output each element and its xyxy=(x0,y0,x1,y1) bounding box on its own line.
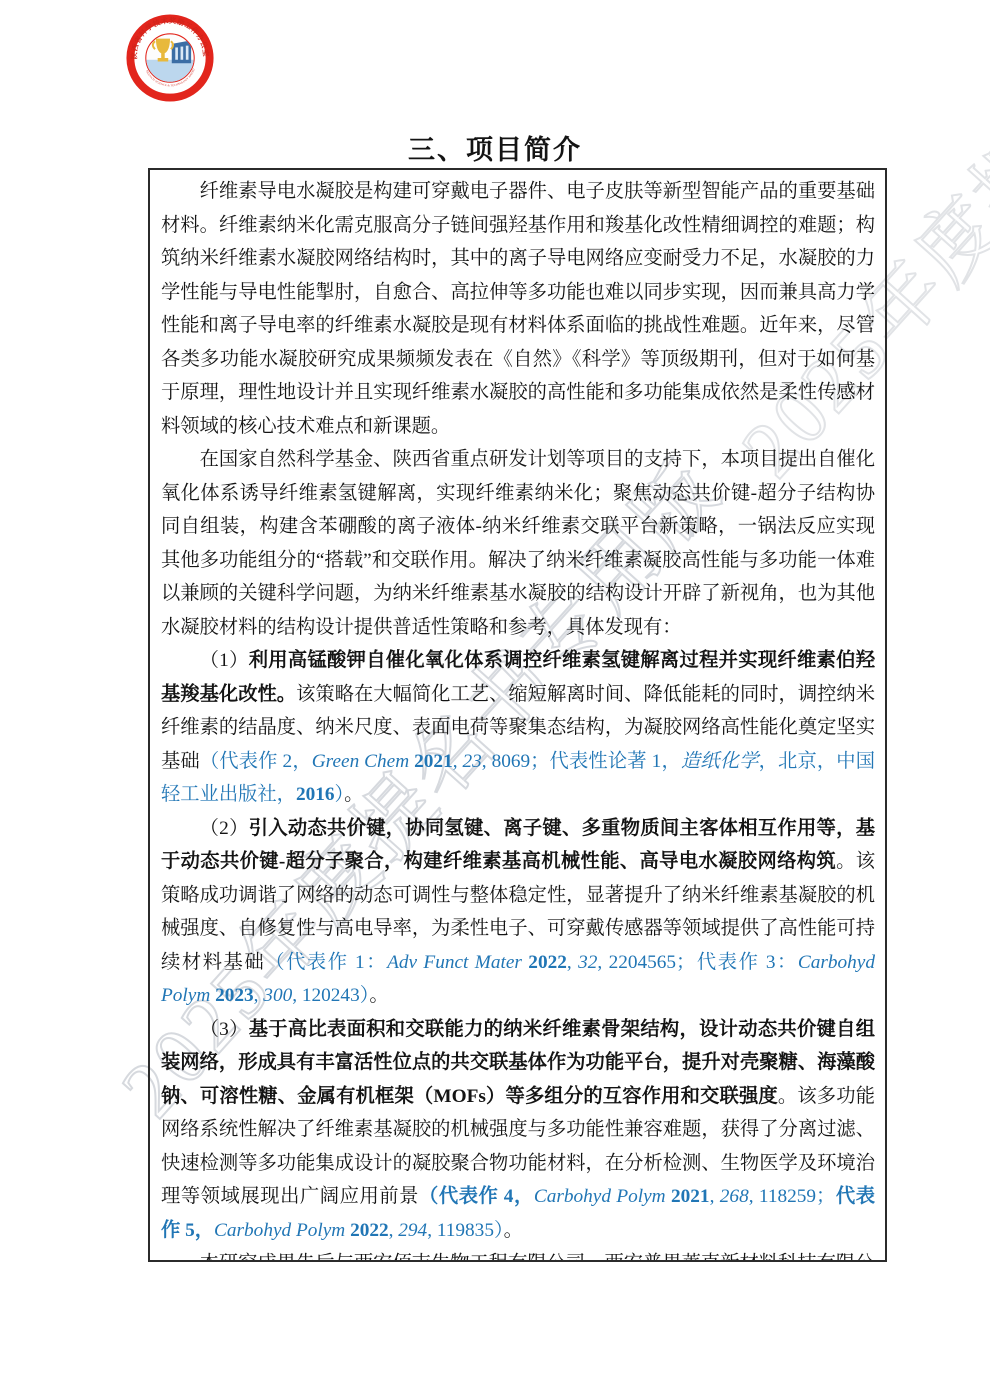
text-run: Adv Funct Mater xyxy=(387,952,522,973)
paragraph: 纤维素导电水凝胶是构建可穿戴电子器件、电子皮肤等新型智能产品的重要基础材料。纤维… xyxy=(161,175,875,443)
paragraph: （3）基于高比表面积和交联能力的纳米纤维素骨架结构，设计动态共价键自组装网络，形… xyxy=(161,1013,875,1248)
text-run: 造纸化学 xyxy=(681,751,759,772)
paragraph: （2）引入动态共价键，协同氢键、离子键、多重物质间主客体相互作用等，基于动态共价… xyxy=(161,812,875,1013)
project-intro-body: 纤维素导电水凝胶是构建可穿戴电子器件、电子皮肤等新型智能产品的重要基础材料。纤维… xyxy=(148,168,887,1262)
text-run: （代表作 4， xyxy=(419,1186,534,1207)
text-run: 300 xyxy=(263,985,292,1006)
award-office-seal: 陕西省科学技术奖励工作办公室 SHAANXI SCIENCE & TECHNOL… xyxy=(126,14,214,102)
text-run: ） xyxy=(494,1220,504,1241)
text-run: 。 xyxy=(344,784,363,805)
paragraph: （1）利用高锰酸钾自催化氧化体系调控纤维素氢键解离过程并实现纤维素伯羟基羧基化改… xyxy=(161,644,875,812)
text-run: 。 xyxy=(504,1220,523,1241)
text-run: 在国家自然科学基金、陕西省重点研发计划等项目的支持下，本项目提出自催化氧化体系诱… xyxy=(161,449,875,638)
text-run: （1） xyxy=(200,650,249,671)
document-page: 2025年度提名书专用版 2025年度提名书专用版 陕西省科学技术奖励工作办公室… xyxy=(0,0,990,1399)
text-run: , xyxy=(567,952,578,973)
text-run: 引入动态共价键，协同氢键、离子键、多重物质间主客体相互作用等，基于动态共价键-超… xyxy=(161,818,875,873)
text-run: , xyxy=(710,1186,720,1207)
text-run: Carbohyd Polym xyxy=(534,1186,666,1207)
paragraph: 在国家自然科学基金、陕西省重点研发计划等项目的支持下，本项目提出自催化氧化体系诱… xyxy=(161,443,875,644)
paragraph: 本研究成果先后与西安佰吉生物工程有限公司、西安普思莱克新材料科技有限公 xyxy=(161,1247,875,1262)
text-run: 268 xyxy=(720,1186,749,1207)
text-run: , 118259； xyxy=(749,1186,836,1207)
text-run: 2021 xyxy=(414,751,453,772)
text-run: Carbohyd Polym xyxy=(214,1220,345,1241)
text-run: 本研究成果先后与西安佰吉生物工程有限公司、西安普思莱克新材料科技有限公 xyxy=(200,1253,875,1262)
text-run: 2022 xyxy=(528,952,567,973)
text-run: （2） xyxy=(200,818,249,839)
text-run: , xyxy=(453,751,463,772)
text-run: , xyxy=(254,985,264,1006)
text-run: 23 xyxy=(463,751,482,772)
text-run: 基于高比表面积和交联能力的纳米纤维素骨架结构，设计动态共价键自组装网络，形成具有… xyxy=(161,1019,875,1107)
text-run: 294 xyxy=(398,1220,427,1241)
text-run: ） xyxy=(360,985,370,1006)
text-run: （3） xyxy=(200,1019,249,1040)
text-run: , 120243 xyxy=(292,985,359,1006)
text-run: 2016 xyxy=(296,784,335,805)
text-run: 2022 xyxy=(350,1220,389,1241)
text-run: （代表作 2， xyxy=(200,751,312,772)
text-run: , 119835 xyxy=(427,1220,494,1241)
text-run: 。 xyxy=(369,985,388,1006)
text-run: （代表作 1： xyxy=(265,952,387,973)
text-run: 纤维素导电水凝胶是构建可穿戴电子器件、电子皮肤等新型智能产品的重要基础材料。纤维… xyxy=(161,181,875,437)
page-title: 三、项目简介 xyxy=(0,128,990,167)
text-run: ） xyxy=(335,784,345,805)
text-run: , xyxy=(389,1220,399,1241)
text-run: , 8069；代表性论著 1， xyxy=(482,751,681,772)
text-run: 32 xyxy=(578,952,597,973)
text-run: 2023 xyxy=(215,985,254,1006)
text-run: , 2204565；代表作 3： xyxy=(597,952,798,973)
text-run: 2021 xyxy=(671,1186,710,1207)
text-run: Green Chem xyxy=(312,751,409,772)
